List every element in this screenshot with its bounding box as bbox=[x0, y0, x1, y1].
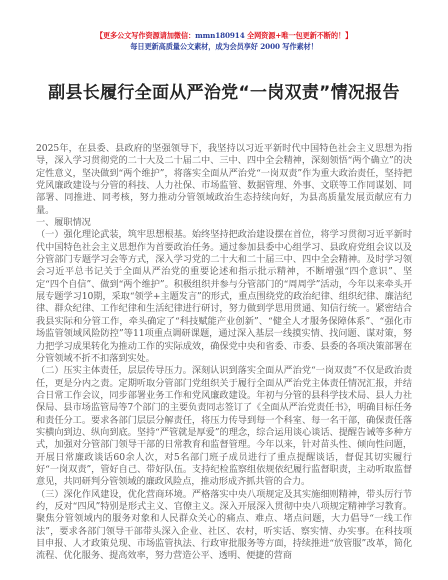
intro-paragraph: 2025年，在县委、县政府的坚强领导下，我坚持以习近平新时代中国特色社会主义思想… bbox=[36, 143, 412, 217]
body-paragraph: （二）压实主体责任，层层传导压力。深刻认识到落实全面从严治党“一岗双责”不仅是政… bbox=[36, 365, 412, 488]
document-page: 【更多公文写作资源请加微信：mmn180914 全网资源+唯一包更新不断的！】 … bbox=[0, 0, 448, 580]
promo-text-before: 【更多公文写作资源请加微信： bbox=[96, 31, 195, 40]
document-body: 2025年，在县委、县政府的坚强领导下，我坚持以习近平新时代中国特色社会主义思想… bbox=[36, 143, 412, 563]
promo-text-after: 全网资源+唯一包更新不断的！】 bbox=[245, 31, 353, 40]
document-title: 副县长履行全面从严治党“一岗双责”情况报告 bbox=[36, 82, 412, 104]
promo-banner-line-2: 每日更新高质量公文素材，成为会员享好 2000 写作素材！ bbox=[0, 42, 448, 52]
body-paragraph: （一）强化理论武装，筑牢思想根基。始终坚持把政治建设摆在首位，将学习贯彻习近平新… bbox=[36, 229, 412, 365]
body-paragraph: （三）深化作风建设，优化营商环境。严格落实中央八项规定及其实施细则精神，带头厉行… bbox=[36, 489, 412, 563]
section-heading: 一、履职情况 bbox=[36, 217, 412, 229]
promo-banner-line-1: 【更多公文写作资源请加微信：mmn180914 全网资源+唯一包更新不断的！】 bbox=[0, 31, 448, 41]
promo-wechat-id: mmn180914 bbox=[195, 31, 245, 40]
